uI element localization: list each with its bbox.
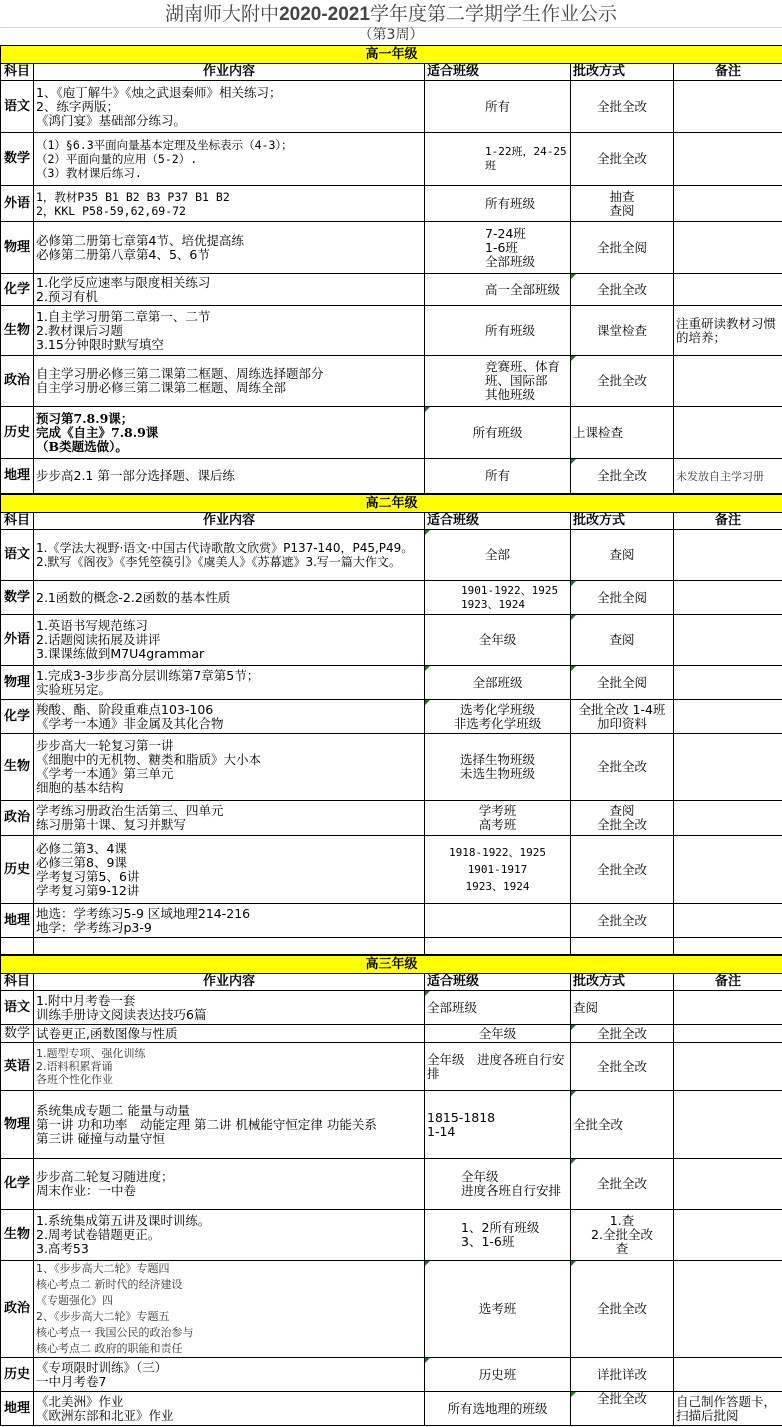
content-cell: 1.完成3-3步步高分层训练第7章第5节； 实验班另定。 bbox=[34, 666, 425, 700]
grading-cell: 全批全改 bbox=[571, 1261, 674, 1358]
column-header-row: 科目 作业内容 适合班级 批改方式 备注 bbox=[1, 974, 782, 991]
classes-cell: 全部班级 bbox=[425, 991, 571, 1025]
classes-cell: 所有班级 bbox=[425, 407, 571, 459]
header-classes: 适合班级 bbox=[425, 513, 571, 530]
table-row: 语文 1.《学法大视野·语文·中国古代诗歌散文欣赏》P137-140，P45,P… bbox=[1, 530, 782, 581]
remarks-cell: 注重研读教材习惯的培养； bbox=[674, 306, 782, 356]
classes-cell: 所有选地理的班级 bbox=[425, 1392, 571, 1426]
subject-cell: 历史 bbox=[1, 1358, 34, 1392]
remarks-cell bbox=[674, 836, 782, 904]
header-content: 作业内容 bbox=[34, 974, 425, 991]
content-cell: 1、《庖丁解牛》《烛之武退秦师》相关练习； 2、练字两版； 《鸿门宴》基础部分练… bbox=[34, 81, 425, 133]
table-row: 生物 1.自主学习册第二章第一、二节 2.教材课后习题 3.15分钟限时默写填空… bbox=[1, 306, 782, 356]
grading-cell: 全批全改 bbox=[571, 81, 674, 133]
grade-table-g1: 高一年级 科目 作业内容 适合班级 批改方式 备注 语文 1、《庖丁解牛》《烛之… bbox=[0, 45, 782, 494]
subject-cell: 历史 bbox=[1, 836, 34, 904]
header-content: 作业内容 bbox=[34, 64, 425, 81]
content-cell: 1.化学反应速率与限度相关练习 2.预习有机 bbox=[34, 274, 425, 306]
content-cell: 地选：学考练习5-9 区域地理214-216 地学：学考练习p3-9 bbox=[34, 904, 425, 938]
table-row: 政治 学考练习册政治生活第三、四单元 练习册第十课、复习并默写 学考班 高考班 … bbox=[1, 801, 782, 836]
page-title: 湖南师大附中2020-2021学年度第二学期学生作业公示 bbox=[0, 0, 782, 28]
grade-table-g3: 高三年级 科目 作业内容 适合班级 批改方式 备注 语文 1.附中月考卷一套 训… bbox=[0, 955, 782, 1426]
subject-cell: 数学 bbox=[1, 581, 34, 615]
grading-cell: 全批全阅 bbox=[571, 222, 674, 274]
table-row: 生物 1.系统集成第五讲及课时训练。 2.周考试卷错题更正。 3.高考53 1、… bbox=[1, 1210, 782, 1261]
table-row: 生物 步步高大一轮复习第一讲 《细胞中的无机物、糖类和脂质》大小本 《学考一本通… bbox=[1, 734, 782, 801]
subject-cell: 化学 bbox=[1, 1159, 34, 1210]
grading-cell: 全批全改 bbox=[571, 1091, 674, 1159]
table-row: 英语 1.题型专项、强化训练 2.语料积累背诵 各班个性化作业 全年级 进度各班… bbox=[1, 1043, 782, 1091]
grading-cell: 全批全改 bbox=[571, 1043, 674, 1091]
header-remarks: 备注 bbox=[674, 513, 782, 530]
subject-cell: 生物 bbox=[1, 1210, 34, 1261]
table-row: 化学 羧酸、酯、阶段重难点103-106 《学考一本通》非金属及其化合物 选考化… bbox=[1, 700, 782, 734]
classes-cell: 所有 bbox=[425, 81, 571, 133]
table-row: 物理 1.完成3-3步步高分层训练第7章第5节； 实验班另定。 全部班级 全批全… bbox=[1, 666, 782, 700]
table-row: 地理 《北美洲》作业 《欧洲东部和北亚》作业 所有选地理的班级 全批全改 自己制… bbox=[1, 1392, 782, 1426]
classes-cell: 学考班 高考班 bbox=[425, 801, 571, 836]
content-cell: 2.1函数的概念-2.2函数的基本性质 bbox=[34, 581, 425, 615]
subject-cell: 物理 bbox=[1, 666, 34, 700]
remarks-cell bbox=[674, 1025, 782, 1043]
remarks-cell bbox=[674, 407, 782, 459]
grading-cell: 全批全阅 bbox=[571, 581, 674, 615]
subject-cell: 化学 bbox=[1, 274, 34, 306]
empty-row bbox=[1, 938, 782, 955]
header-subject: 科目 bbox=[1, 974, 34, 991]
table-row: 数学 2.1函数的概念-2.2函数的基本性质 1901-1922、1925 19… bbox=[1, 581, 782, 615]
grading-cell: 全批全改 1-4班 加印资料 bbox=[571, 700, 674, 734]
week-subtitle: （第3周） bbox=[0, 27, 782, 44]
remarks-cell: 未发放自主学习册 bbox=[674, 459, 782, 494]
remarks-cell bbox=[674, 1358, 782, 1392]
remarks-cell bbox=[674, 904, 782, 938]
content-cell: 试卷更正,函数图像与性质 bbox=[34, 1025, 425, 1043]
remarks-cell bbox=[674, 801, 782, 836]
table-row: 化学 1.化学反应速率与限度相关练习 2.预习有机 高一全部班级 全批全改 bbox=[1, 274, 782, 306]
table-row: 语文 1、《庖丁解牛》《烛之武退秦师》相关练习； 2、练字两版； 《鸿门宴》基础… bbox=[1, 81, 782, 133]
grade-band: 高三年级 bbox=[1, 956, 782, 974]
grade-table-g2: 高二年级 科目 作业内容 适合班级 批改方式 备注 语文 1.《学法大视野·语文… bbox=[0, 494, 782, 955]
content-cell: 1.题型专项、强化训练 2.语料积累背诵 各班个性化作业 bbox=[34, 1043, 425, 1091]
header-subject: 科目 bbox=[1, 64, 34, 81]
classes-cell: 全部 bbox=[425, 530, 571, 581]
table-row: 数学 （1）§6.3平面向量基本定理及坐标表示（4-3）； （2）平面向量的应用… bbox=[1, 133, 782, 186]
grading-cell: 全批全改 bbox=[571, 904, 674, 938]
content-cell: 羧酸、酯、阶段重难点103-106 《学考一本通》非金属及其化合物 bbox=[34, 700, 425, 734]
grading-cell: 全批全改 bbox=[571, 734, 674, 801]
remarks-cell bbox=[674, 274, 782, 306]
remarks-cell bbox=[674, 133, 782, 186]
header-subject: 科目 bbox=[1, 513, 34, 530]
content-cell: 步步高2.1 第一部分选择题、课后练 bbox=[34, 459, 425, 494]
grading-cell: 全批全改 bbox=[571, 1159, 674, 1210]
header-grading: 批改方式 bbox=[571, 974, 674, 991]
remarks-cell bbox=[674, 81, 782, 133]
table-row: 地理 步步高2.1 第一部分选择题、课后练 所有 全批全改 未发放自主学习册 bbox=[1, 459, 782, 494]
grade-band: 高一年级 bbox=[1, 46, 782, 64]
classes-cell: 所有班级 bbox=[425, 186, 571, 222]
remarks-cell bbox=[674, 1210, 782, 1261]
content-cell: 步步高二轮复习随进度； 周末作业：一中卷 bbox=[34, 1159, 425, 1210]
grading-cell: 全批全改 bbox=[571, 133, 674, 186]
subject-cell: 外语 bbox=[1, 615, 34, 666]
table-row: 历史 《专项限时训练》（三） 一中月考卷7 历史班 详批详改 bbox=[1, 1358, 782, 1392]
content-cell: 系统集成专题二 能量与动量 第一讲 功和功率 动能定理 第二讲 机械能守恒定律 … bbox=[34, 1091, 425, 1159]
grading-cell: 全批全改 bbox=[571, 274, 674, 306]
subject-cell: 化学 bbox=[1, 700, 34, 734]
content-cell: 1，教材P35 B1 B2 B3 P37 B1 B2 2，KKL P58-59,… bbox=[34, 186, 425, 222]
content-cell: 必修第二册第七章第4节、培优提高练 必修第二册第八章第4、5、6节 bbox=[34, 222, 425, 274]
subject-cell: 生物 bbox=[1, 306, 34, 356]
content-cell: 1.英语书写规范练习 2.话题阅读拓展及讲评 3.课课练做到M7U4gramma… bbox=[34, 615, 425, 666]
header-remarks: 备注 bbox=[674, 974, 782, 991]
classes-cell: 1918-1922、1925 1901-1917 1923、1924 bbox=[425, 836, 571, 904]
grading-cell: 上课检查 bbox=[571, 407, 674, 459]
grading-cell: 抽查 查阅 bbox=[571, 186, 674, 222]
content-cell: 学考练习册政治生活第三、四单元 练习册第十课、复习并默写 bbox=[34, 801, 425, 836]
classes-cell: 选考班 bbox=[425, 1261, 571, 1358]
classes-cell: 1901-1922、1925 1923、1924 bbox=[425, 581, 571, 615]
remarks-cell bbox=[674, 734, 782, 801]
table-row: 外语 1，教材P35 B1 B2 B3 P37 B1 B2 2，KKL P58-… bbox=[1, 186, 782, 222]
grading-cell: 全批全改 bbox=[571, 356, 674, 407]
subject-cell: 政治 bbox=[1, 356, 34, 407]
header-grading: 批改方式 bbox=[571, 64, 674, 81]
header-classes: 适合班级 bbox=[425, 974, 571, 991]
content-cell: 必修二第3、4课 必修三第8、9课 学考复习第5、6讲 学考复习第9-12讲 bbox=[34, 836, 425, 904]
remarks-cell bbox=[674, 581, 782, 615]
content-cell: 1.附中月考卷一套 训练手册诗文阅读表达技巧6篇 bbox=[34, 991, 425, 1025]
subject-cell: 物理 bbox=[1, 1091, 34, 1159]
classes-cell: 全年级 进度各班自行安排 bbox=[425, 1043, 571, 1091]
classes-cell: 历史班 bbox=[425, 1358, 571, 1392]
subject-cell: 语文 bbox=[1, 530, 34, 581]
table-row: 数学 试卷更正,函数图像与性质 全年级 全批全改 bbox=[1, 1025, 782, 1043]
classes-cell: 7-24班 1-6班 全部班级 bbox=[425, 222, 571, 274]
header-classes: 适合班级 bbox=[425, 64, 571, 81]
classes-cell: 全年级 进度各班自行安排 bbox=[425, 1159, 571, 1210]
subject-cell: 历史 bbox=[1, 407, 34, 459]
table-row: 政治 1、《步步高大二轮》专题四 核心考点二 新时代的经济建设 《专题强化》四 … bbox=[1, 1261, 782, 1358]
remarks-cell bbox=[674, 530, 782, 581]
classes-cell: 全年级 bbox=[425, 1025, 571, 1043]
column-header-row: 科目 作业内容 适合班级 批改方式 备注 bbox=[1, 64, 782, 81]
remarks-cell bbox=[674, 1261, 782, 1358]
column-header-row: 科目 作业内容 适合班级 批改方式 备注 bbox=[1, 513, 782, 530]
grading-cell: 全批全改 bbox=[571, 836, 674, 904]
table-row: 物理 系统集成专题二 能量与动量 第一讲 功和功率 动能定理 第二讲 机械能守恒… bbox=[1, 1091, 782, 1159]
content-cell: 自主学习册必修三第二课第二框题、周练选择题部分 自主学习册必修三第二课第二框题、… bbox=[34, 356, 425, 407]
classes-cell: 1、2所有班级 3、1-6班 bbox=[425, 1210, 571, 1261]
classes-cell: 1815-1818 1-14 bbox=[425, 1091, 571, 1159]
grading-cell: 查阅 bbox=[571, 991, 674, 1025]
remarks-cell bbox=[674, 186, 782, 222]
table-row: 化学 步步高二轮复习随进度； 周末作业：一中卷 全年级 进度各班自行安排 全批全… bbox=[1, 1159, 782, 1210]
classes-cell: 所有 bbox=[425, 459, 571, 494]
subject-cell: 外语 bbox=[1, 186, 34, 222]
header-remarks: 备注 bbox=[674, 64, 782, 81]
remarks-cell: 自己制作答题卡，扫描后批阅 bbox=[674, 1392, 782, 1426]
table-row: 物理 必修第二册第七章第4节、培优提高练 必修第二册第八章第4、5、6节 7-2… bbox=[1, 222, 782, 274]
classes-cell: 选择生物班级 未选生物班级 bbox=[425, 734, 571, 801]
grade-band: 高二年级 bbox=[1, 495, 782, 513]
content-cell: 步步高大一轮复习第一讲 《细胞中的无机物、糖类和脂质》大小本 《学考一本通》第三… bbox=[34, 734, 425, 801]
table-row: 历史 预习第7.8.9课； 完成《自主》7.8.9课 （B类题选做）。 所有班级… bbox=[1, 407, 782, 459]
subject-cell: 生物 bbox=[1, 734, 34, 801]
grading-cell: 全批全改 bbox=[571, 459, 674, 494]
subject-cell: 政治 bbox=[1, 1261, 34, 1358]
classes-cell: 全年级 bbox=[425, 615, 571, 666]
grading-cell: 全批全改 bbox=[571, 1392, 674, 1426]
table-row: 历史 必修二第3、4课 必修三第8、9课 学考复习第5、6讲 学考复习第9-12… bbox=[1, 836, 782, 904]
subject-cell: 英语 bbox=[1, 1043, 34, 1091]
subject-cell: 数学 bbox=[1, 1025, 34, 1043]
table-row: 语文 1.附中月考卷一套 训练手册诗文阅读表达技巧6篇 全部班级 查阅 bbox=[1, 991, 782, 1025]
classes-cell: 所有班级 bbox=[425, 306, 571, 356]
classes-cell: 选考化学班级 非选考化学班级 bbox=[425, 700, 571, 734]
grading-cell: 查阅 全批全改 bbox=[571, 801, 674, 836]
classes-cell: 1-22班，24-25班 bbox=[425, 133, 571, 186]
classes-cell: 全部班级 bbox=[425, 666, 571, 700]
header-content: 作业内容 bbox=[34, 513, 425, 530]
subject-cell: 语文 bbox=[1, 81, 34, 133]
content-cell: 《专项限时训练》（三） 一中月考卷7 bbox=[34, 1358, 425, 1392]
remarks-cell bbox=[674, 1043, 782, 1091]
grading-cell: 全批全改 bbox=[571, 1025, 674, 1043]
grading-cell: 查阅 bbox=[571, 615, 674, 666]
content-cell: 1、《步步高大二轮》专题四 核心考点二 新时代的经济建设 《专题强化》四 2、《… bbox=[34, 1261, 425, 1358]
content-cell: 预习第7.8.9课； 完成《自主》7.8.9课 （B类题选做）。 bbox=[34, 407, 425, 459]
header-grading: 批改方式 bbox=[571, 513, 674, 530]
table-row: 外语 1.英语书写规范练习 2.话题阅读拓展及讲评 3.课课练做到M7U4gra… bbox=[1, 615, 782, 666]
subject-cell: 数学 bbox=[1, 133, 34, 186]
grading-cell: 课堂检查 bbox=[571, 306, 674, 356]
grading-cell: 全批全阅 bbox=[571, 666, 674, 700]
table-row: 政治 自主学习册必修三第二课第二框题、周练选择题部分 自主学习册必修三第二课第二… bbox=[1, 356, 782, 407]
grading-cell: 查阅 bbox=[571, 530, 674, 581]
subject-cell: 地理 bbox=[1, 459, 34, 494]
remarks-cell bbox=[674, 1159, 782, 1210]
remarks-cell bbox=[674, 356, 782, 407]
content-cell: 1.自主学习册第二章第一、二节 2.教材课后习题 3.15分钟限时默写填空 bbox=[34, 306, 425, 356]
classes-cell: 竞赛班、体育班、国际部 其他班级 bbox=[425, 356, 571, 407]
content-cell: 1.系统集成第五讲及课时训练。 2.周考试卷错题更正。 3.高考53 bbox=[34, 1210, 425, 1261]
grading-cell: 详批详改 bbox=[571, 1358, 674, 1392]
remarks-cell bbox=[674, 1091, 782, 1159]
content-cell: （1）§6.3平面向量基本定理及坐标表示（4-3）； （2）平面向量的应用（5-… bbox=[34, 133, 425, 186]
classes-cell bbox=[425, 904, 571, 938]
remarks-cell bbox=[674, 615, 782, 666]
subject-cell: 物理 bbox=[1, 222, 34, 274]
subject-cell: 地理 bbox=[1, 1392, 34, 1426]
table-row: 地理 地选：学考练习5-9 区域地理214-216 地学：学考练习p3-9 全批… bbox=[1, 904, 782, 938]
subject-cell: 语文 bbox=[1, 991, 34, 1025]
subject-cell: 地理 bbox=[1, 904, 34, 938]
remarks-cell bbox=[674, 666, 782, 700]
classes-cell: 高一全部班级 bbox=[425, 274, 571, 306]
grading-cell: 1.查 2.全批全改 查 bbox=[571, 1210, 674, 1261]
subject-cell: 政治 bbox=[1, 801, 34, 836]
content-cell: 1.《学法大视野·语文·中国古代诗歌散文欣赏》P137-140，P45,P49。… bbox=[34, 530, 425, 581]
remarks-cell bbox=[674, 991, 782, 1025]
content-cell: 《北美洲》作业 《欧洲东部和北亚》作业 bbox=[34, 1392, 425, 1426]
remarks-cell bbox=[674, 700, 782, 734]
remarks-cell bbox=[674, 222, 782, 274]
